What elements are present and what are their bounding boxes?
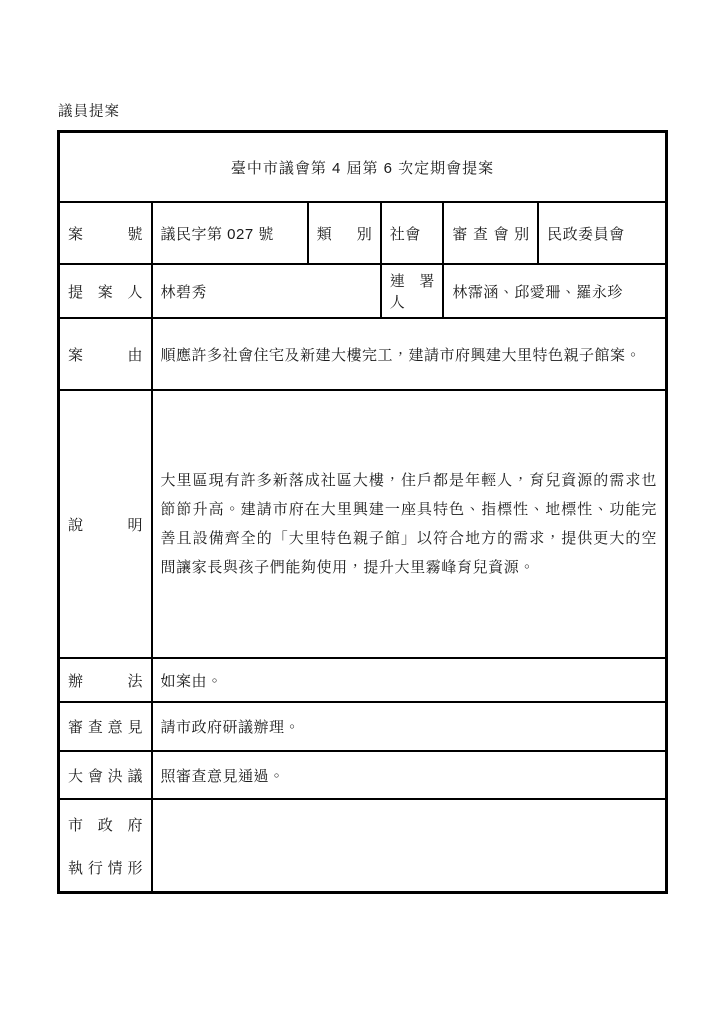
execution-status-value	[152, 799, 667, 893]
resolution-row: 大會決議 照審查意見通過。	[59, 751, 667, 799]
description-label: 說明	[68, 514, 143, 535]
review-opinion-row: 審查意見 請市政府研議辦理。	[59, 702, 667, 751]
proposer-label: 提案人	[68, 281, 143, 302]
subject-label-cell: 案由	[59, 318, 152, 390]
cosigner-value: 林霈涵、邱愛珊、羅永珍	[443, 264, 666, 318]
table-title: 臺中市議會第 4 屆第 6 次定期會提案	[59, 132, 667, 203]
resolution-value: 照審查意見通過。	[152, 751, 667, 799]
case-number-label-cell: 案號	[59, 202, 152, 264]
description-row: 說明 大里區現有許多新落成社區大樓，住戶都是年輕人，育兒資源的需求也節節升高。建…	[59, 390, 667, 658]
description-label-cell: 說明	[59, 390, 152, 658]
subject-row: 案由 順應許多社會住宅及新建大樓完工，建請市府興建大里特色親子館案。	[59, 318, 667, 390]
resolution-label: 大會決議	[68, 765, 143, 786]
category-label-cell: 類別	[308, 202, 381, 264]
document-page: 議員提案 臺中市議會第 4 屆第 6 次定期會提案 案號 議民字第 027 號	[0, 0, 724, 1024]
cosigner-label: 連署人	[390, 270, 435, 312]
category-label: 類別	[317, 223, 372, 244]
review-opinion-label: 審查意見	[68, 716, 143, 737]
category-value: 社會	[381, 202, 444, 264]
proposer-value: 林碧秀	[152, 264, 381, 318]
method-label-cell: 辦法	[59, 658, 152, 702]
description-value: 大里區現有許多新落成社區大樓，住戶都是年輕人，育兒資源的需求也節節升高。建請市府…	[152, 390, 667, 658]
execution-status-label-line1: 市政府	[68, 814, 143, 835]
committee-label-cell: 審查會別	[443, 202, 538, 264]
proposer-label-cell: 提案人	[59, 264, 152, 318]
subject-label: 案由	[68, 344, 143, 365]
resolution-label-cell: 大會決議	[59, 751, 152, 799]
method-row: 辦法 如案由。	[59, 658, 667, 702]
review-opinion-label-cell: 審查意見	[59, 702, 152, 751]
review-opinion-value: 請市政府研議辦理。	[152, 702, 667, 751]
committee-value: 民政委員會	[538, 202, 666, 264]
case-number-row: 案號 議民字第 027 號 類別 社會 審查會別 民政委員會	[59, 202, 667, 264]
proposal-document: 議員提案 臺中市議會第 4 屆第 6 次定期會提案 案號 議民字第 027 號	[57, 100, 668, 894]
case-number-value: 議民字第 027 號	[152, 202, 308, 264]
method-value: 如案由。	[152, 658, 667, 702]
proposer-row: 提案人 林碧秀 連署人 林霈涵、邱愛珊、羅永珍	[59, 264, 667, 318]
cosigner-label-cell: 連署人	[381, 264, 444, 318]
committee-label: 審查會別	[452, 223, 529, 244]
execution-status-label-line2: 執行情形	[68, 857, 143, 878]
document-type-label: 議員提案	[58, 100, 668, 121]
proposal-table: 臺中市議會第 4 屆第 6 次定期會提案 案號 議民字第 027 號 類別 社會…	[57, 130, 668, 894]
subject-value: 順應許多社會住宅及新建大樓完工，建請市府興建大里特色親子館案。	[152, 318, 667, 390]
case-number-label: 案號	[68, 223, 143, 244]
execution-status-row: 市政府 執行情形	[59, 799, 667, 893]
execution-status-label-cell: 市政府 執行情形	[59, 799, 152, 893]
method-label: 辦法	[68, 670, 143, 691]
title-row: 臺中市議會第 4 屆第 6 次定期會提案	[59, 132, 667, 203]
